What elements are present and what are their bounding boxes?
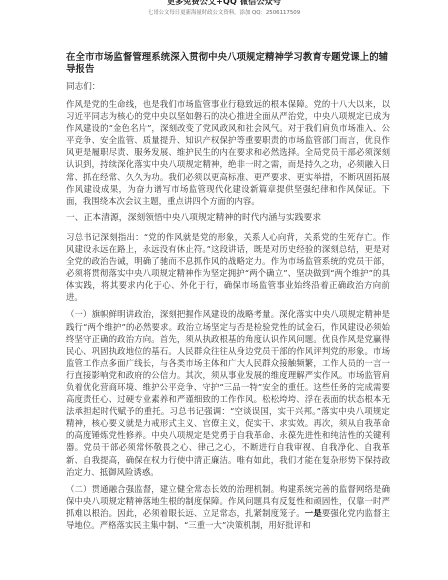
emphasis-text: 一是 <box>305 508 322 518</box>
document-page: 在全市市场监督管理系统深入贯彻中央八项规定精神学习教育专题党课上的辅导报告 同志… <box>66 52 390 536</box>
section-1-paragraph-2: （一）旗帜鲜明讲政治，深刻把握作风建设的战略考量。深化落实中央八项规定精神是践行… <box>66 308 390 477</box>
salutation: 同志们： <box>66 81 390 93</box>
watermark-header-top: 更多免费公文+QQ 微信公众号 <box>0 0 448 7</box>
section-1-paragraph-1: 习总书记深刻指出：“党的作风就是党的形象，关系人心向背，关系党的生死存亡。作风建… <box>66 231 390 304</box>
section-1-heading: 一、正本清源，深刻领悟中央八项规定精神的时代内涵与实践要求 <box>66 212 390 224</box>
intro-paragraph: 作风是党的生命线，也是我们市场监管事业行稳致远的根本保障。党的十八大以来，以习近… <box>66 98 390 207</box>
document-title: 在全市市场监督管理系统深入贯彻中央八项规定精神学习教育专题党课上的辅导报告 <box>66 52 390 75</box>
section-1-paragraph-3: （二）贯通融合强监督，建立健全常态长效的治理机制。构建系统完善的监督网络是确保中… <box>66 483 390 531</box>
watermark-header-sub: 七哥公文每日更新海量时政公文资料，添加 QQ：2506117509 <box>0 8 448 16</box>
